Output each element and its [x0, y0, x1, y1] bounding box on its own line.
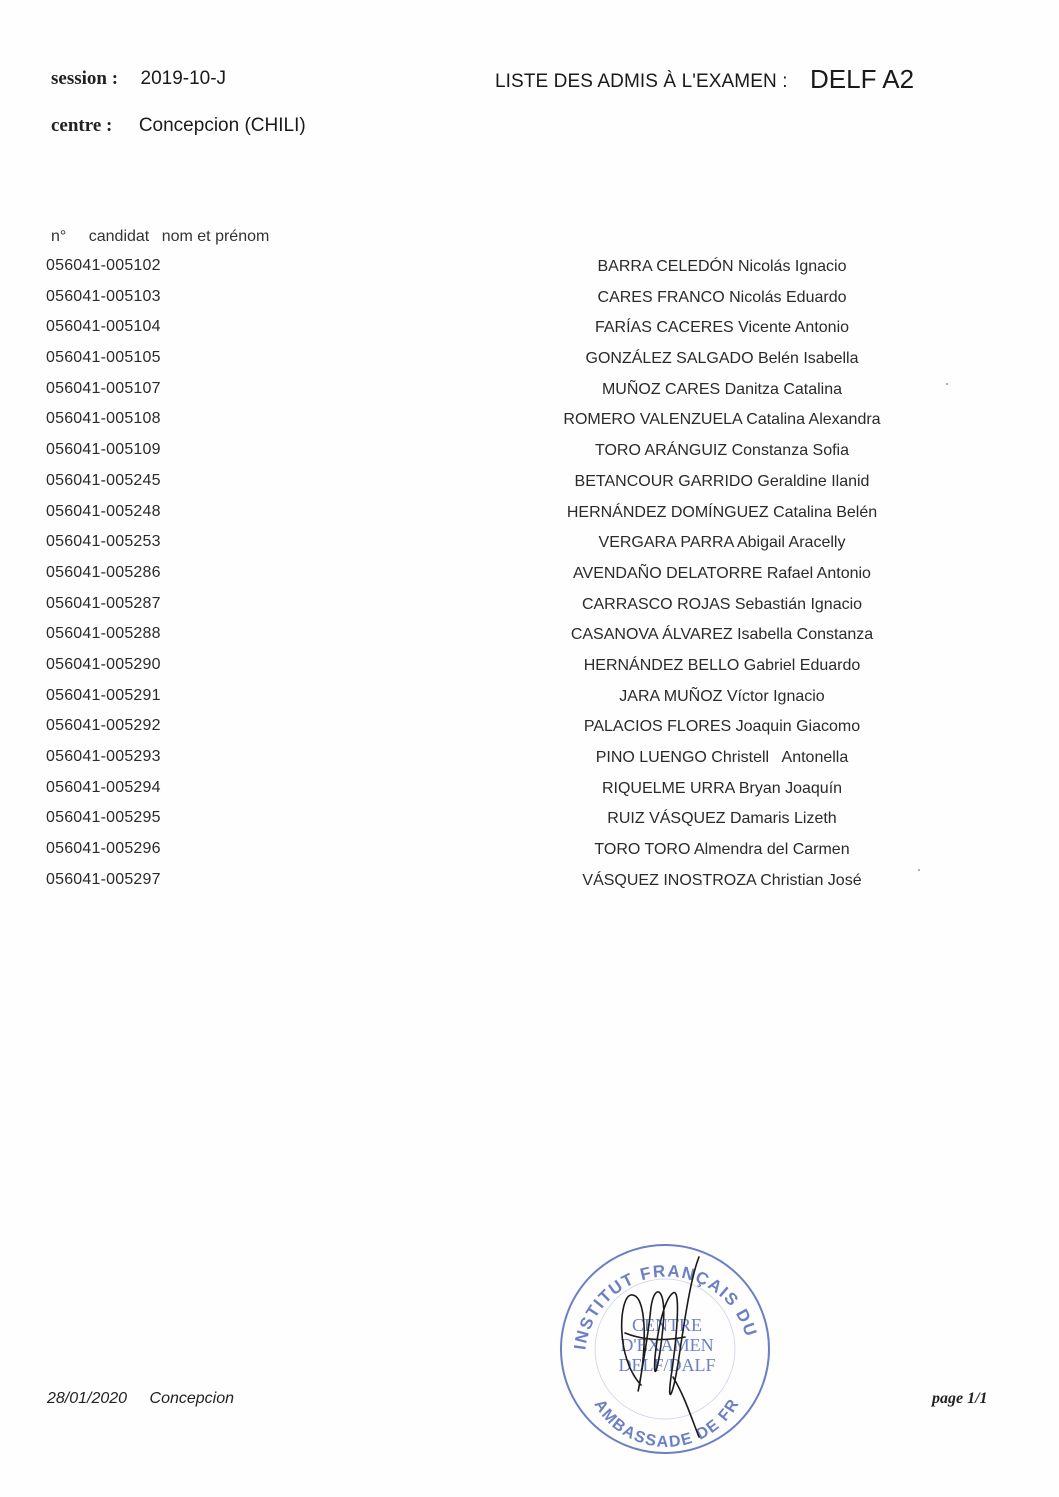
- candidate-name: VERGARA PARRA Abigail Aracelly: [500, 534, 944, 552]
- candidate-number: 056041-005102: [46, 257, 161, 275]
- candidate-name: HERNÁNDEZ DOMÍNGUEZ Catalina Belén: [500, 504, 944, 522]
- candidate-name: AVENDAÑO DELATORRE Rafael Antonio: [500, 565, 944, 583]
- page-number: page 1/1: [932, 1390, 988, 1408]
- svg-text:D'EXAMEN: D'EXAMEN: [620, 1335, 713, 1355]
- column-header: n° candidat nom et prénom: [51, 228, 269, 246]
- candidate-name: GONZÁLEZ SALGADO Belén Isabella: [500, 350, 944, 368]
- table-row: 056041-005109TORO ARÁNGUIZ Constanza Sof…: [0, 441, 1059, 472]
- candidate-number: 056041-005248: [46, 503, 161, 521]
- table-row: 056041-005104FARÍAS CACERES Vicente Anto…: [0, 318, 1059, 349]
- table-row: 056041-005295RUIZ VÁSQUEZ Damaris Lizeth: [0, 809, 1059, 840]
- table-row: 056041-005291JARA MUÑOZ Víctor Ignacio: [0, 687, 1059, 718]
- session-label: session :: [51, 68, 118, 89]
- candidate-number: 056041-005109: [46, 441, 161, 459]
- admitted-list: 056041-005102BARRA CELEDÓN Nicolás Ignac…: [0, 257, 1059, 901]
- candidate-name: FARÍAS CACERES Vicente Antonio: [500, 319, 944, 337]
- table-row: 056041-005253VERGARA PARRA Abigail Arace…: [0, 533, 1059, 564]
- table-row: 056041-005248HERNÁNDEZ DOMÍNGUEZ Catalin…: [0, 503, 1059, 534]
- candidate-name: ROMERO VALENZUELA Catalina Alexandra: [500, 411, 944, 429]
- document-page: session : 2019-10-J LISTE DES ADMIS À L'…: [0, 0, 1059, 1497]
- header-number: n°: [51, 228, 66, 245]
- candidate-name: TORO TORO Almendra del Carmen: [500, 841, 944, 859]
- candidate-name: MUÑOZ CARES Danitza Catalina: [500, 381, 944, 399]
- candidate-name: TORO ARÁNGUIZ Constanza Sofia: [500, 442, 944, 460]
- table-row: 056041-005287CARRASCO ROJAS Sebastián Ig…: [0, 595, 1059, 626]
- candidate-number: 056041-005104: [46, 318, 161, 336]
- candidate-name: HERNÁNDEZ BELLO Gabriel Eduardo: [500, 657, 944, 675]
- candidate-number: 056041-005107: [46, 380, 161, 398]
- candidate-name: CARRASCO ROJAS Sebastián Ignacio: [500, 596, 944, 614]
- candidate-name: CARES FRANCO Nicolás Eduardo: [500, 289, 944, 307]
- candidate-name: RUIZ VÁSQUEZ Damaris Lizeth: [500, 810, 944, 828]
- table-row: 056041-005108ROMERO VALENZUELA Catalina …: [0, 410, 1059, 441]
- table-row: 056041-005245BETANCOUR GARRIDO Geraldine…: [0, 472, 1059, 503]
- table-row: 056041-005107MUÑOZ CARES Danitza Catalin…: [0, 380, 1059, 411]
- candidate-number: 056041-005287: [46, 595, 161, 613]
- candidate-name: BETANCOUR GARRIDO Geraldine Ilanid: [500, 473, 944, 491]
- header-candidate: candidat: [89, 228, 150, 245]
- candidate-name: VÁSQUEZ INOSTROZA Christian José: [500, 872, 944, 890]
- candidate-name: JARA MUÑOZ Víctor Ignacio: [500, 688, 944, 706]
- table-row: 056041-005103CARES FRANCO Nicolás Eduard…: [0, 288, 1059, 319]
- table-row: 056041-005292PALACIOS FLORES Joaquin Gia…: [0, 717, 1059, 748]
- table-row: 056041-005293PINO LUENGO Christell Anton…: [0, 748, 1059, 779]
- scan-speck: [700, 883, 702, 885]
- candidate-name: CASANOVA ÁLVAREZ Isabella Constanza: [500, 626, 944, 644]
- centre-label: centre :: [51, 115, 112, 136]
- table-row: 056041-005290HERNÁNDEZ BELLO Gabriel Edu…: [0, 656, 1059, 687]
- footer-place: Concepcion: [150, 1390, 235, 1407]
- table-row: 056041-005105GONZÁLEZ SALGADO Belén Isab…: [0, 349, 1059, 380]
- table-row: 056041-005288CASANOVA ÁLVAREZ Isabella C…: [0, 625, 1059, 656]
- centre-line: centre : Concepcion (CHILI): [51, 115, 306, 137]
- candidate-number: 056041-005288: [46, 625, 161, 643]
- candidate-name: PINO LUENGO Christell Antonella: [500, 749, 944, 767]
- svg-text:DELF/DALF: DELF/DALF: [618, 1355, 715, 1375]
- candidate-number: 056041-005108: [46, 410, 161, 428]
- title-text: LISTE DES ADMIS À L'EXAMEN :: [495, 71, 788, 92]
- official-stamp: INSTITUT FRANÇAIS DU CHILI AMBASSADE DE …: [555, 1237, 775, 1457]
- header-name: nom et prénom: [162, 228, 270, 245]
- document-title: LISTE DES ADMIS À L'EXAMEN : DELF A2: [495, 64, 914, 95]
- candidate-number: 056041-005103: [46, 288, 161, 306]
- stamp-inner-text: CENTRE D'EXAMEN DELF/DALF: [618, 1315, 715, 1375]
- footer-date-place: 28/01/2020 Concepcion: [47, 1390, 234, 1408]
- candidate-name: BARRA CELEDÓN Nicolás Ignacio: [500, 258, 944, 276]
- candidate-name: RIQUELME URRA Bryan Joaquín: [500, 780, 944, 798]
- exam-name: DELF A2: [810, 64, 914, 94]
- table-row: 056041-005102BARRA CELEDÓN Nicolás Ignac…: [0, 257, 1059, 288]
- candidate-number: 056041-005245: [46, 472, 161, 490]
- scan-speck: [918, 869, 920, 871]
- candidate-number: 056041-005253: [46, 533, 161, 551]
- candidate-number: 056041-005290: [46, 656, 161, 674]
- session-value: 2019-10-J: [141, 68, 227, 89]
- candidate-number: 056041-005297: [46, 871, 161, 889]
- table-row: 056041-005296TORO TORO Almendra del Carm…: [0, 840, 1059, 871]
- table-row: 056041-005297VÁSQUEZ INOSTROZA Christian…: [0, 871, 1059, 902]
- candidate-number: 056041-005294: [46, 779, 161, 797]
- candidate-number: 056041-005293: [46, 748, 161, 766]
- candidate-number: 056041-005105: [46, 349, 161, 367]
- table-row: 056041-005294RIQUELME URRA Bryan Joaquín: [0, 779, 1059, 810]
- svg-text:CENTRE: CENTRE: [632, 1315, 702, 1335]
- table-row: 056041-005286AVENDAÑO DELATORRE Rafael A…: [0, 564, 1059, 595]
- candidate-number: 056041-005286: [46, 564, 161, 582]
- candidate-number: 056041-005291: [46, 687, 161, 705]
- candidate-number: 056041-005292: [46, 717, 161, 735]
- footer-date: 28/01/2020: [47, 1390, 127, 1407]
- session-line: session : 2019-10-J: [51, 68, 226, 90]
- centre-value: Concepcion (CHILI): [139, 115, 306, 136]
- scan-speck: [946, 383, 948, 385]
- candidate-name: PALACIOS FLORES Joaquin Giacomo: [500, 718, 944, 736]
- candidate-number: 056041-005295: [46, 809, 161, 827]
- candidate-number: 056041-005296: [46, 840, 161, 858]
